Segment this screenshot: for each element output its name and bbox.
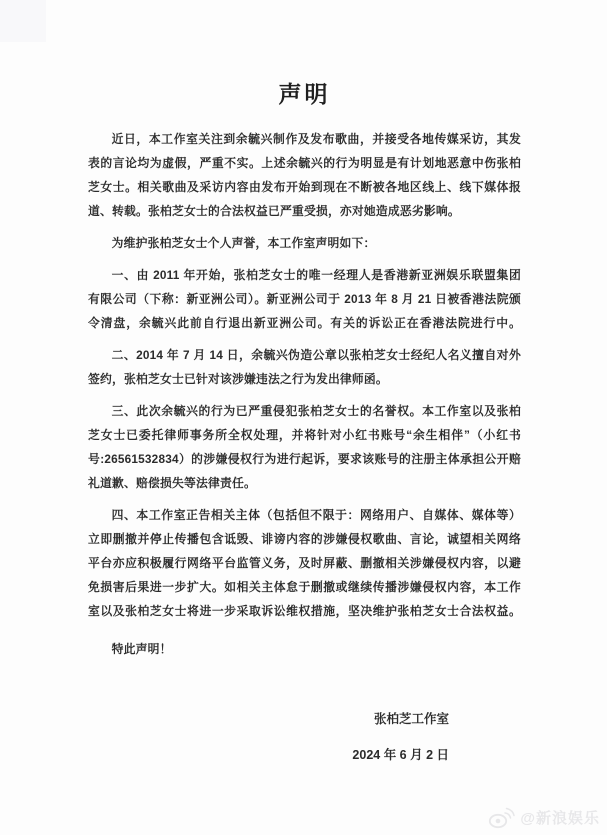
paragraph-line: 签约，张柏芝女士已针对该涉嫌违法之行为发出律师函。 — [88, 367, 521, 391]
paragraph-line: 令清盘，余毓兴此前自行退出新亚洲公司。有关的诉讼正在香港法院进行中。 — [88, 311, 521, 335]
paragraph-line: 四、本工作室正告相关主体（包括但不限于：网络用户、自媒体、媒体等） — [88, 503, 521, 527]
paragraph-line: 有限公司（下称：新亚洲公司）。新亚洲公司于 2013 年 8 月 21 日被香港… — [88, 287, 521, 311]
paragraph-line: 芝女士已委托律师事务所全权处理，并将针对小红书账号“余生相伴”（小红书 — [88, 423, 521, 447]
paragraph-line: 室以及张柏芝女士将进一步采取诉讼维权措施，坚决维护张柏芝女士合法权益。 — [88, 599, 521, 623]
paragraph-line: 道、转载。张柏芝女士的合法权益已严重受损，亦对她造成恶劣影响。 — [88, 199, 521, 223]
paragraph-line: 表的言论均为虚假，严重不实。上述余毓兴的行为明显是有计划地恶意中伤张柏 — [88, 151, 521, 175]
paragraph-line: 号:26561532834）的涉嫌侵权行为进行起诉，要求该账号的注册主体承担公开… — [88, 447, 521, 471]
paragraph-line: 免损害后果进一步扩大。如相关主体怠于删撤或继续传播涉嫌侵权内容，本工作 — [88, 575, 521, 599]
weibo-eye-icon — [488, 806, 515, 829]
paragraph-line: 立即删撤并停止传播包含诋毁、诽谤内容的涉嫌侵权歌曲、言论，诚望相关网络 — [88, 527, 521, 551]
document-content: 声明 近日，本工作室关注到余毓兴制作及发布歌曲，并接受各地传媒采访，其发 表的言… — [88, 76, 521, 767]
paragraph-purpose: 为维护张柏芝女士个人声誉，本工作室声明如下： — [88, 231, 521, 255]
paragraph-closing: 特此声明！ — [88, 637, 521, 661]
document-title: 声明 — [88, 76, 521, 109]
paragraph-point-2: 二、2014 年 7 月 14 日，余毓兴伪造公章以张柏芝女士经纪人名义擅自对外… — [88, 343, 521, 391]
paragraph-point-4: 四、本工作室正告相关主体（包括但不限于：网络用户、自媒体、媒体等） 立即删撤并停… — [88, 503, 521, 623]
paragraph-line: 礼道歉、赔偿损失等法律责任。 — [88, 471, 521, 495]
paragraph-point-1: 一、由 2011 年开始，张柏芝女士的唯一经理人是香港新亚洲娱乐联盟集团 有限公… — [88, 263, 521, 335]
statement-document: 声明 近日，本工作室关注到余毓兴制作及发布歌曲，并接受各地传媒采访，其发 表的言… — [0, 0, 607, 835]
watermark-text: @新浪娱乐 — [520, 807, 600, 828]
paragraph-line: 三、此次余毓兴的行为已严重侵犯张柏芝女士的名誉权。本工作室以及张柏 — [88, 399, 521, 423]
paragraph-line: 二、2014 年 7 月 14 日，余毓兴伪造公章以张柏芝女士经纪人名义擅自对外 — [88, 343, 521, 367]
paragraph-line: 芝女士。相关歌曲及采访内容由发布开始到现在不断被各地区线上、线下媒体报 — [88, 175, 521, 199]
paragraph-line: 为维护张柏芝女士个人声誉，本工作室声明如下： — [88, 231, 521, 255]
closing-line: 特此声明！ — [88, 637, 521, 661]
paragraph-line: 一、由 2011 年开始，张柏芝女士的唯一经理人是香港新亚洲娱乐联盟集团 — [88, 263, 521, 287]
scan-artifact-corner — [0, 0, 46, 42]
paragraph-intro: 近日，本工作室关注到余毓兴制作及发布歌曲，并接受各地传媒采访，其发 表的言论均为… — [88, 127, 521, 223]
paragraph-line: 近日，本工作室关注到余毓兴制作及发布歌曲，并接受各地传媒采访，其发 — [88, 127, 521, 151]
paragraph-point-3: 三、此次余毓兴的行为已严重侵犯张柏芝女士的名誉权。本工作室以及张柏 芝女士已委托… — [88, 399, 521, 495]
signature-block: 张柏芝工作室 2024 年 6 月 2 日 — [88, 707, 521, 767]
watermark: @新浪娱乐 — [488, 806, 600, 829]
paragraph-line: 平台亦应积极履行网络平台监管义务，及时屏蔽、删撤相关涉嫌侵权内容，以避 — [88, 551, 521, 575]
statement-date: 2024 年 6 月 2 日 — [88, 743, 449, 767]
signature: 张柏芝工作室 — [88, 707, 449, 731]
